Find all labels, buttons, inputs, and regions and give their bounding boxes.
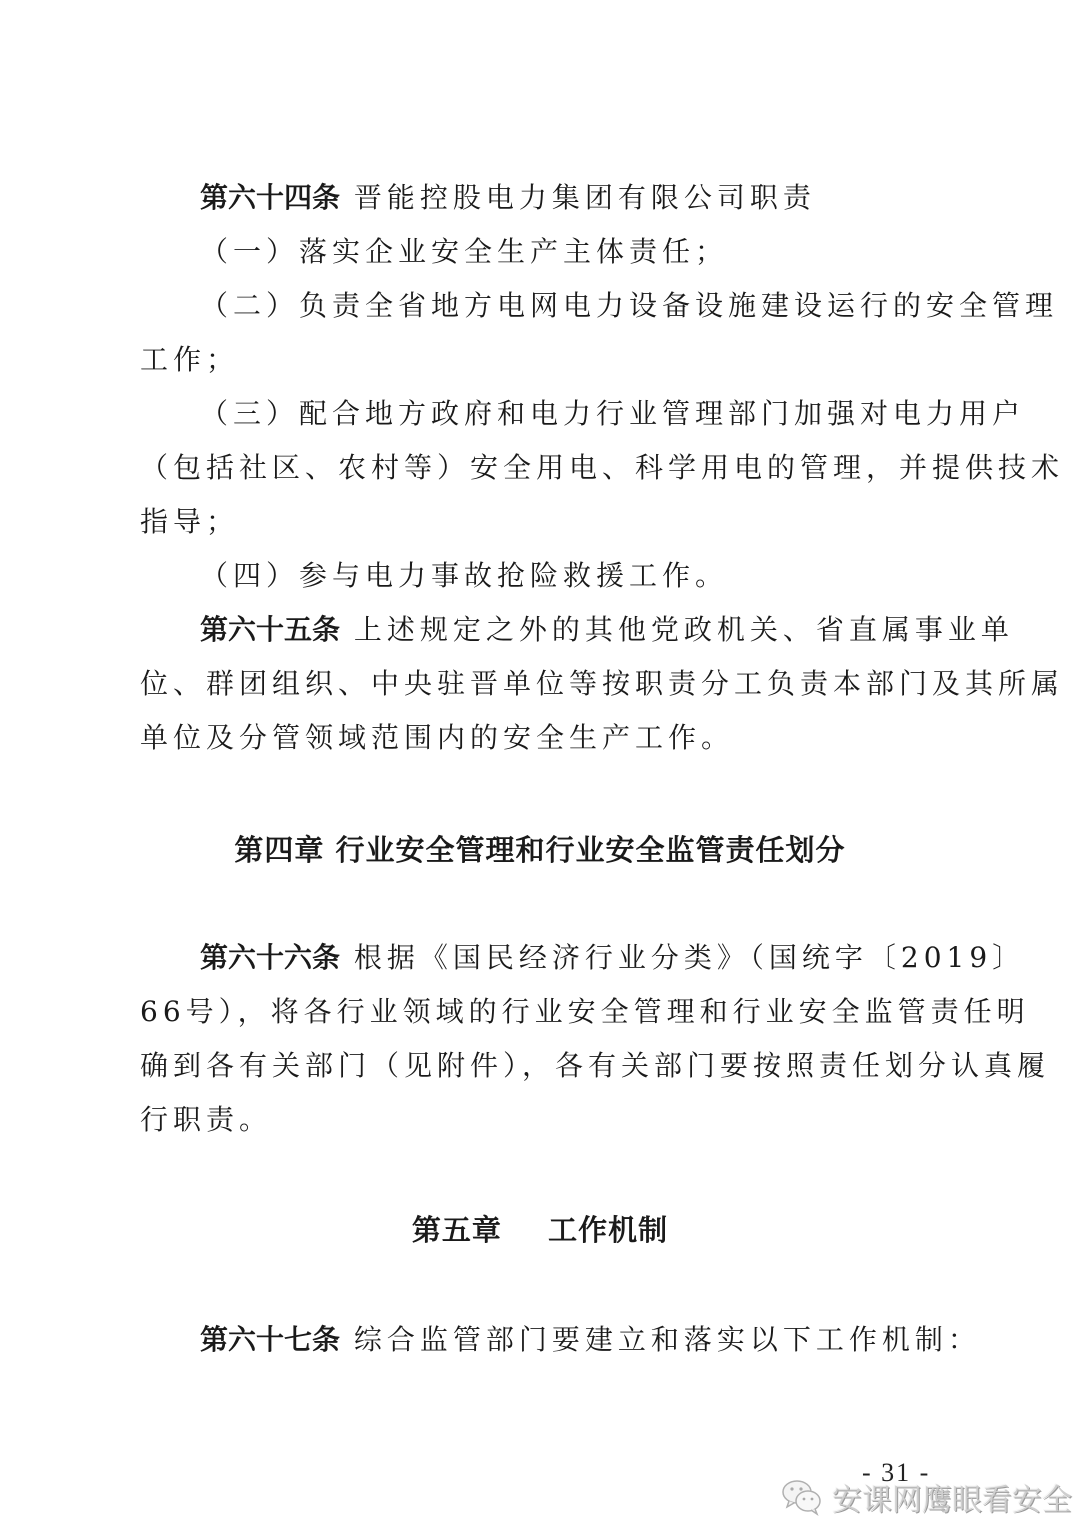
article-64-item-2: （二）负责全省地方电网电力设备设施建设运行的安全管理 — [200, 288, 1000, 324]
article-66-text: 行职责。 — [140, 1102, 940, 1138]
article-64-item-4: （四）参与电力事故抢险救援工作。 — [200, 558, 1000, 594]
article-title: 第六十五条 — [200, 613, 340, 646]
article-66-heading: 第六十六条 根据《国民经济行业分类》（国统字〔2019〕 — [200, 940, 1000, 976]
article-66-text: 确到各有关部门（见附件），各有关部门要按照责任划分认真履 — [140, 1048, 940, 1084]
chapter-label: 第五章 — [412, 1213, 502, 1247]
chapter-title: 工作机制 — [548, 1213, 668, 1247]
chapter-4-heading: 第四章 行业安全管理和行业安全监管责任划分 — [0, 832, 1080, 868]
chapter-title: 行业安全管理和行业安全监管责任划分 — [336, 833, 846, 867]
article-64-heading: 第六十四条 晋能控股电力集团有限公司职责 — [200, 180, 1000, 216]
article-67-heading: 第六十七条 综合监管部门要建立和落实以下工作机制： — [200, 1322, 1000, 1358]
chapter-5-heading: 第五章 工作机制 — [0, 1212, 1080, 1248]
article-text: 根据《国民经济行业分类》（国统字〔2019〕 — [354, 941, 1025, 974]
article-65-text: 位、群团组织、中央驻晋单位等按职责分工负责本部门及其所属 — [140, 666, 940, 702]
article-64-item-3: （三）配合地方政府和电力行业管理部门加强对电力用户 — [200, 396, 1000, 432]
wechat-icon — [780, 1477, 824, 1517]
article-title: 第六十六条 — [200, 941, 340, 974]
article-64-item-3-cont: 指导； — [140, 504, 940, 540]
article-65-text: 单位及分管领域范围内的安全生产工作。 — [140, 720, 940, 756]
article-64-item-1: （一）落实企业安全生产主体责任； — [200, 234, 1000, 270]
watermark: 安课网鹰眼看安全 — [780, 1473, 1072, 1521]
article-65-heading: 第六十五条 上述规定之外的其他党政机关、省直属事业单 — [200, 612, 1000, 648]
article-text: 综合监管部门要建立和落实以下工作机制： — [354, 1323, 981, 1356]
watermark-text: 安课网鹰眼看安全 — [832, 1475, 1072, 1519]
chapter-label: 第四章 — [234, 833, 324, 867]
article-title: 第六十四条 — [200, 181, 340, 214]
article-text: 晋能控股电力集团有限公司职责 — [354, 181, 816, 214]
article-title: 第六十七条 — [200, 1323, 340, 1356]
article-text: 上述规定之外的其他党政机关、省直属事业单 — [354, 613, 1014, 646]
article-66-text: 66号），将各行业领域的行业安全管理和行业安全监管责任明 — [140, 994, 940, 1030]
article-64-item-3-cont: （包括社区、农村等）安全用电、科学用电的管理，并提供技术 — [140, 450, 940, 486]
article-64-item-2-cont: 工作； — [140, 342, 940, 378]
